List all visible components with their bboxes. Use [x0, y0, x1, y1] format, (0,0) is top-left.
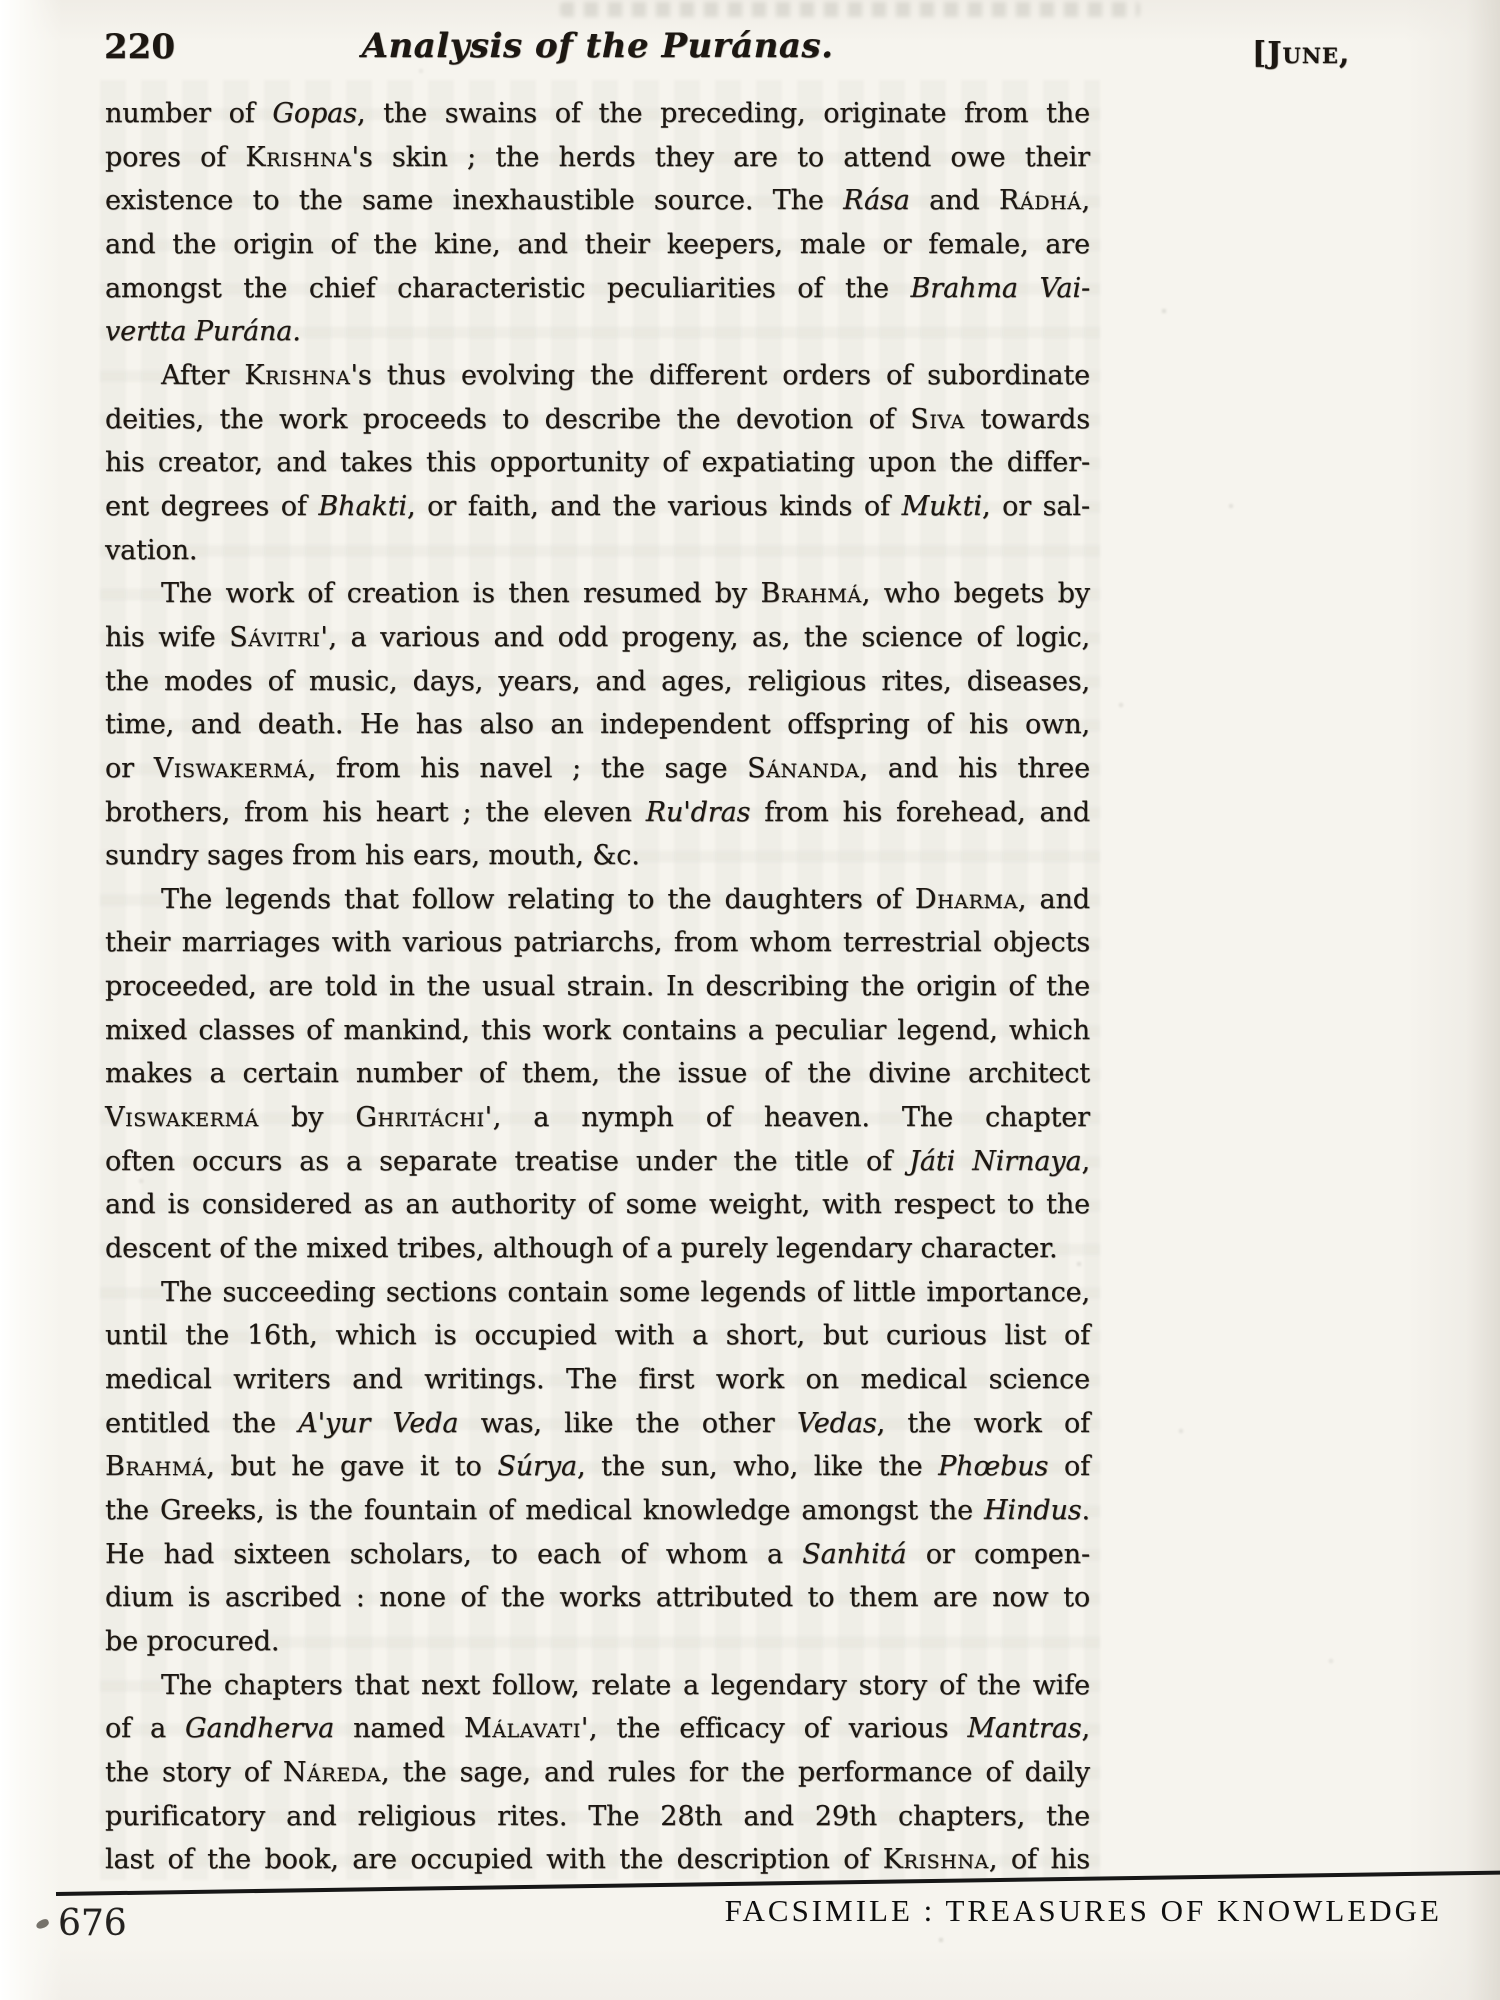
- facsimile-label: FACSIMILE : TREASURES OF KNOWLEDGE: [725, 1893, 1442, 1929]
- text-line: the Greeks, is the fountain of medical k…: [105, 1489, 1090, 1533]
- text-line: dium is ascribed : none of the works att…: [105, 1576, 1090, 1620]
- text-line: He had sixteen scholars, to each of whom…: [105, 1533, 1090, 1577]
- book-page-scan: 220 Analysis of the Puránas. [June, numb…: [0, 0, 1500, 2000]
- text-line: his wife Sávitri', a various and odd pro…: [105, 616, 1090, 660]
- page-body: number of Gopas, the swains of the prece…: [105, 92, 1090, 1882]
- text-line: proceeded, are told in the usual strain.…: [105, 965, 1090, 1009]
- text-line: deities, the work proceeds to describe t…: [105, 398, 1090, 442]
- text-line: The work of creation is then resumed by …: [105, 572, 1090, 616]
- text-line: makes a certain number of them, the issu…: [105, 1052, 1090, 1096]
- running-title: Analysis of the Puránas.: [105, 26, 1090, 66]
- text-line: ent degrees of Bhakti, or faith, and the…: [105, 485, 1090, 529]
- text-line: be procured.: [105, 1620, 1090, 1664]
- text-line: often occurs as a separate treatise unde…: [105, 1140, 1090, 1184]
- text-line: entitled the A'yur Veda was, like the ot…: [105, 1402, 1090, 1446]
- text-line: medical writers and writings. The first …: [105, 1358, 1090, 1402]
- text-line: until the 16th, which is occupied with a…: [105, 1314, 1090, 1358]
- text-line: The chapters that next follow, relate a …: [105, 1664, 1090, 1708]
- text-line: The succeeding sections contain some leg…: [105, 1271, 1090, 1315]
- text-line: mixed classes of mankind, this work cont…: [105, 1009, 1090, 1053]
- text-line: of a Gandherva named Málavati', the effi…: [105, 1707, 1090, 1751]
- text-line: and is considered as an authority of som…: [105, 1183, 1090, 1227]
- text-line: the story of Náreda, the sage, and rules…: [105, 1751, 1090, 1795]
- text-line: descent of the mixed tribes, although of…: [105, 1227, 1090, 1271]
- text-line: After Krishna's thus evolving the differ…: [105, 354, 1090, 398]
- footer-page-number: 676: [58, 1903, 127, 1944]
- text-line: pores of Krishna's skin ; the herds they…: [105, 136, 1090, 180]
- text-line: the modes of music, days, years, and age…: [105, 660, 1090, 704]
- text-line: his creator, and takes this opportunity …: [105, 441, 1090, 485]
- text-line: vertta Purána.: [105, 310, 1090, 354]
- text-line: brothers, from his heart ; the eleven Ru…: [105, 791, 1090, 835]
- bleedthrough-artifact: [560, 2, 1140, 17]
- text-line: vation.: [105, 529, 1090, 573]
- text-line: their marriages with various patriarchs,…: [105, 921, 1090, 965]
- text-line: purificatory and religious rites. The 28…: [105, 1795, 1090, 1839]
- footer-dot-marker: [35, 1918, 50, 1930]
- text-line: existence to the same inexhaustible sour…: [105, 179, 1090, 223]
- text-line: Viswakermá by Ghritáchi', a nymph of hea…: [105, 1096, 1090, 1140]
- scan-specks: [0, 0, 2, 2]
- text-line: The legends that follow relating to the …: [105, 878, 1090, 922]
- text-line: last of the book, are occupied with the …: [105, 1838, 1090, 1882]
- text-line: number of Gopas, the swains of the prece…: [105, 92, 1090, 136]
- issue-date: [June,: [1252, 36, 1350, 71]
- text-line: and the origin of the kine, and their ke…: [105, 223, 1090, 267]
- text-line: amongst the chief characteristic peculia…: [105, 267, 1090, 311]
- text-line: sundry sages from his ears, mouth, &c.: [105, 834, 1090, 878]
- text-line: or Viswakermá, from his navel ; the sage…: [105, 747, 1090, 791]
- text-line: Brahmá, but he gave it to Súrya, the sun…: [105, 1445, 1090, 1489]
- text-line: time, and death. He has also an independ…: [105, 703, 1090, 747]
